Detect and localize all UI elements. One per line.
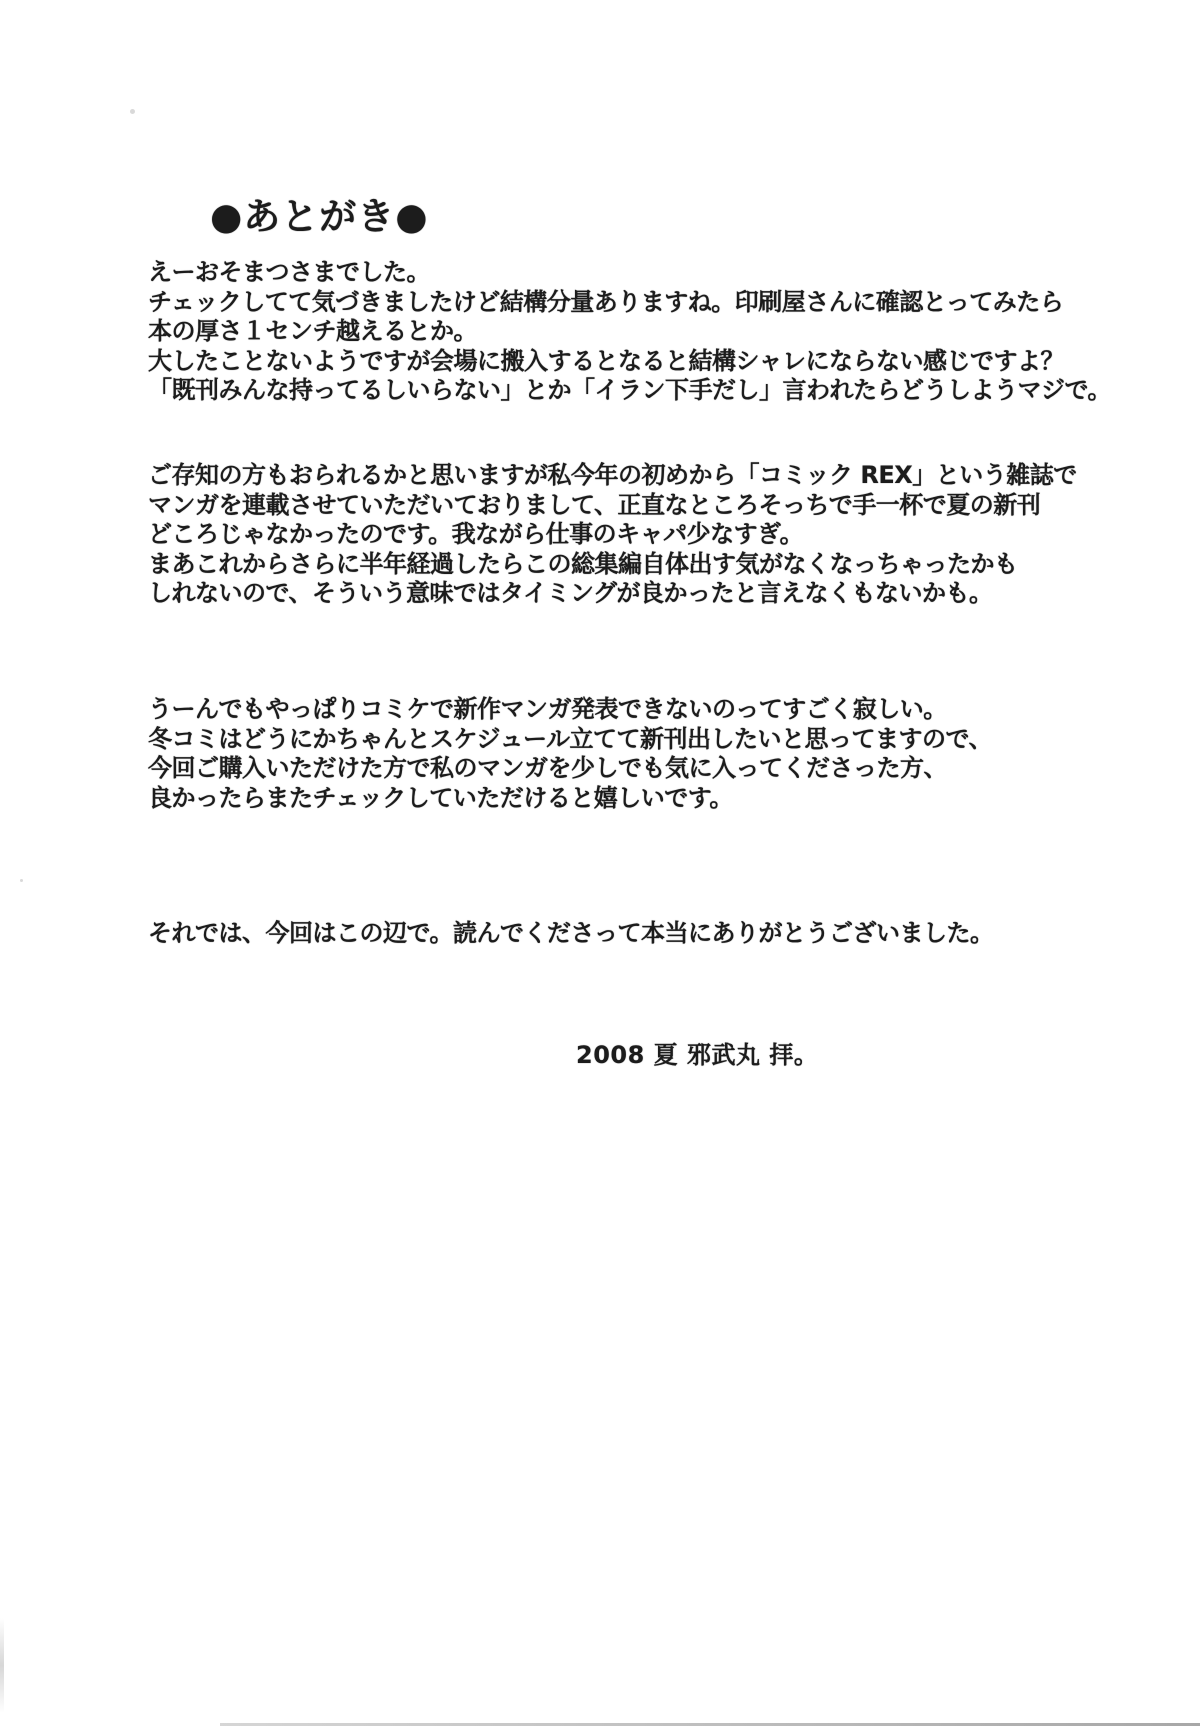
paragraph-comiket: うーんでもやっぱりコミケで新作マンガ発表できないのってすごく寂しい。 冬コミはど… bbox=[148, 695, 992, 813]
text-line: うーんでもやっぱりコミケで新作マンガ発表できないのってすごく寂しい。 bbox=[148, 695, 992, 725]
text-line: ご存知の方もおられるかと思いますが私今年の初めから「コミック REX」という雑誌… bbox=[148, 461, 1077, 491]
text-line: えーおそまつさまでした。 bbox=[148, 258, 1111, 288]
paragraph-serialization: ご存知の方もおられるかと思いますが私今年の初めから「コミック REX」という雑誌… bbox=[148, 461, 1077, 609]
paragraph-apology: えーおそまつさまでした。 チェックしてて気づきましたけど結構分量ありますね。印刷… bbox=[148, 258, 1111, 406]
page-heading: ●あとがき● bbox=[210, 186, 429, 240]
text-line: まあこれからさらに半年経過したらこの総集編自体出す気がなくなっちゃったかも bbox=[148, 550, 1077, 580]
text-line: チェックしてて気づきましたけど結構分量ありますね。印刷屋さんに確認とってみたら bbox=[148, 288, 1111, 318]
scanned-afterword-page: ●あとがき● えーおそまつさまでした。 チェックしてて気づきましたけど結構分量あ… bbox=[0, 0, 1200, 1726]
author-signature: 2008 夏 邪武丸 拝。 bbox=[576, 1035, 818, 1070]
scan-speck bbox=[130, 109, 135, 114]
text-line: マンガを連載させていただいておりまして、正直なところそっちで手一杯で夏の新刊 bbox=[148, 491, 1077, 521]
text-line: どころじゃなかったのです。我ながら仕事のキャパ少なすぎ。 bbox=[148, 520, 1077, 550]
text-line: 冬コミはどうにかちゃんとスケジュール立てて新刊出したいと思ってますので、 bbox=[148, 725, 992, 755]
scan-speck bbox=[20, 879, 23, 882]
text-line: しれないので、そういう意味ではタイミングが良かったと言えなくもないかも。 bbox=[148, 579, 1077, 609]
text-line: それでは、今回はこの辺で。読んでくださって本当にありがとうございました。 bbox=[148, 919, 994, 949]
text-line: 本の厚さ１センチ越えるとか。 bbox=[148, 317, 1111, 347]
text-line: 良かったらまたチェックしていただけると嬉しいです。 bbox=[148, 784, 992, 814]
text-line: 「既刊みんな持ってるしいらない」とか「イラン下手だし」言われたらどうしようマジで… bbox=[148, 376, 1111, 406]
text-line: 大したことないようですが会場に搬入するとなると結構シャレにならない感じですよ？ bbox=[148, 347, 1111, 377]
scan-edge-artifact bbox=[0, 1618, 4, 1713]
closing-remark: それでは、今回はこの辺で。読んでくださって本当にありがとうございました。 bbox=[148, 919, 994, 949]
text-line: 今回ご購入いただけた方で私のマンガを少しでも気に入ってくださった方、 bbox=[148, 754, 992, 784]
